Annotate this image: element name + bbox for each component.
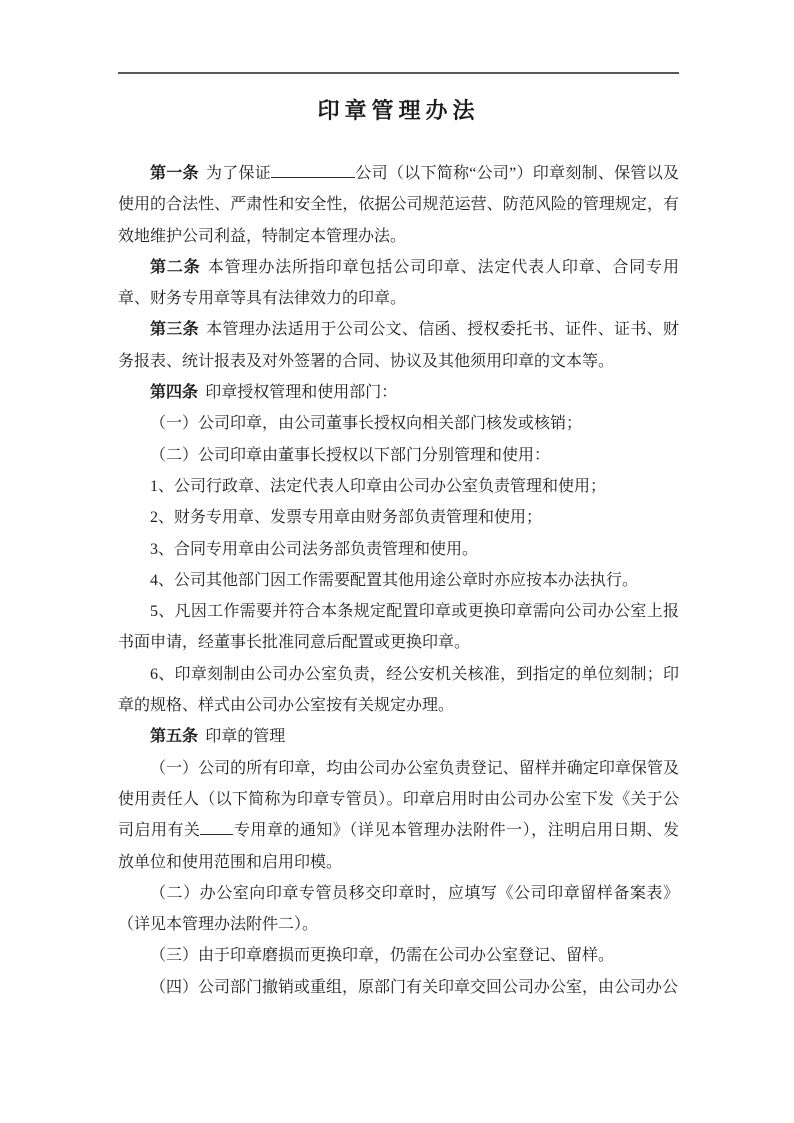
clause-5-item-2: （二）办公室向印章专管员移交印章时，应填写《公司印章留样备案表》（详见本管理办法… bbox=[118, 878, 679, 941]
clause-5-item-3-text: （三）由于印章磨损而更换印章，仍需在公司办公室登记、留样。 bbox=[150, 947, 614, 964]
clause-4-subitem-1: 1、公司行政章、法定代表人印章由公司办公室负责管理和使用； bbox=[118, 471, 679, 502]
clause-4-item-1: （一）公司印章，由公司董事长授权向相关部门核发或核销； bbox=[118, 408, 679, 439]
clause-4-subitem-2-text: 2、财务专用章、发票专用章由财务部负责管理和使用； bbox=[150, 509, 542, 526]
clause-4-subitem-6-text: 6、印章刻制由公司办公室负责，经公安机关核准，到指定的单位刻制；印章的规格、样式… bbox=[118, 666, 679, 714]
clause-4-item-2-text: （二）公司印章由董事长授权以下部门分别管理和使用： bbox=[150, 447, 550, 464]
clause-5-text: 印章的管理 bbox=[205, 728, 285, 745]
clause-4-subitem-3-text: 3、合同专用章由公司法务部负责管理和使用。 bbox=[150, 541, 478, 558]
clause-5-item-4: （四）公司部门撤销或重组，原部门有关印章交回公司办公室，由公司办公 bbox=[118, 972, 679, 1003]
header-divider-line bbox=[118, 72, 679, 74]
clause-2-paragraph: 第二条本管理办法所指印章包括公司印章、法定代表人印章、合同专用章、财务专用章等具… bbox=[118, 252, 679, 315]
clause-3-paragraph: 第三条本管理办法适用于公司公文、信函、授权委托书、证件、证书、财务报表、统计报表… bbox=[118, 314, 679, 377]
clause-4-subitem-4: 4、公司其他部门因工作需要配置其他用途公章时亦应按本办法执行。 bbox=[118, 565, 679, 596]
clause-4-subitem-6: 6、印章刻制由公司办公室负责，经公安机关核准，到指定的单位刻制；印章的规格、样式… bbox=[118, 659, 679, 722]
clause-4-item-1-text: （一）公司印章，由公司董事长授权向相关部门核发或核销； bbox=[150, 415, 582, 432]
clause-2-label: 第二条 bbox=[150, 259, 201, 276]
clause-2-text: 本管理办法所指印章包括公司印章、法定代表人印章、合同专用章、财务专用章等具有法律… bbox=[118, 259, 679, 307]
clause-4-subitem-5-text: 5、凡因工作需要并符合本条规定配置印章或更换印章需向公司办公室上报书面申请，经董… bbox=[118, 603, 679, 651]
clause-4-paragraph: 第四条印章授权管理和使用部门： bbox=[118, 377, 679, 408]
clause-4-subitem-1-text: 1、公司行政章、法定代表人印章由公司办公室负责管理和使用； bbox=[150, 478, 606, 495]
document-page: 印章管理办法 第一条为了保证____________公司（以下简称“公司”）印章… bbox=[0, 0, 794, 1123]
clause-5-item-4-text: （四）公司部门撤销或重组，原部门有关印章交回公司办公室，由公司办公 bbox=[150, 979, 678, 996]
clause-4-subitem-4-text: 4、公司其他部门因工作需要配置其他用途公章时亦应按本办法执行。 bbox=[150, 572, 638, 589]
clause-5-paragraph: 第五条印章的管理 bbox=[118, 721, 679, 752]
clause-4-text: 印章授权管理和使用部门： bbox=[205, 384, 397, 401]
clause-5-item-3: （三）由于印章磨损而更换印章，仍需在公司办公室登记、留样。 bbox=[118, 940, 679, 971]
clause-4-subitem-3: 3、合同专用章由公司法务部负责管理和使用。 bbox=[118, 534, 679, 565]
clause-1-label: 第一条 bbox=[150, 165, 199, 182]
document-title: 印章管理办法 bbox=[118, 92, 679, 130]
clause-1-paragraph: 第一条为了保证____________公司（以下简称“公司”）印章刻制、保管以及… bbox=[118, 158, 679, 252]
clause-3-label: 第三条 bbox=[150, 321, 199, 338]
clause-4-subitem-5: 5、凡因工作需要并符合本条规定配置印章或更换印章需向公司办公室上报书面申请，经董… bbox=[118, 596, 679, 659]
document-body: 第一条为了保证____________公司（以下简称“公司”）印章刻制、保管以及… bbox=[118, 158, 679, 1003]
fill-in-blank-seal-name: ____ bbox=[200, 819, 233, 835]
clause-4-item-2: （二）公司印章由董事长授权以下部门分别管理和使用： bbox=[118, 440, 679, 471]
clause-5-item-1: （一）公司的所有印章，均由公司办公室负责登记、留样并确定印章保管及使用责任人（以… bbox=[118, 753, 679, 878]
clause-1-text-pre: 为了保证 bbox=[206, 165, 271, 182]
clause-5-item-2-text: （二）办公室向印章专管员移交印章时，应填写《公司印章留样备案表》（详见本管理办法… bbox=[118, 885, 679, 933]
clause-4-subitem-2: 2、财务专用章、发票专用章由财务部负责管理和使用； bbox=[118, 502, 679, 533]
clause-1-text: 公司（以下简称“公司”）印章刻制、保管以及使用的合法性、严肃性和安全性，依据公司… bbox=[118, 165, 679, 245]
clause-4-label: 第四条 bbox=[150, 384, 198, 401]
clause-5-label: 第五条 bbox=[150, 728, 198, 745]
fill-in-blank-company-name: ____________ bbox=[271, 162, 355, 178]
clause-3-text: 本管理办法适用于公司公文、信函、授权委托书、证件、证书、财务报表、统计报表及对外… bbox=[118, 321, 679, 369]
